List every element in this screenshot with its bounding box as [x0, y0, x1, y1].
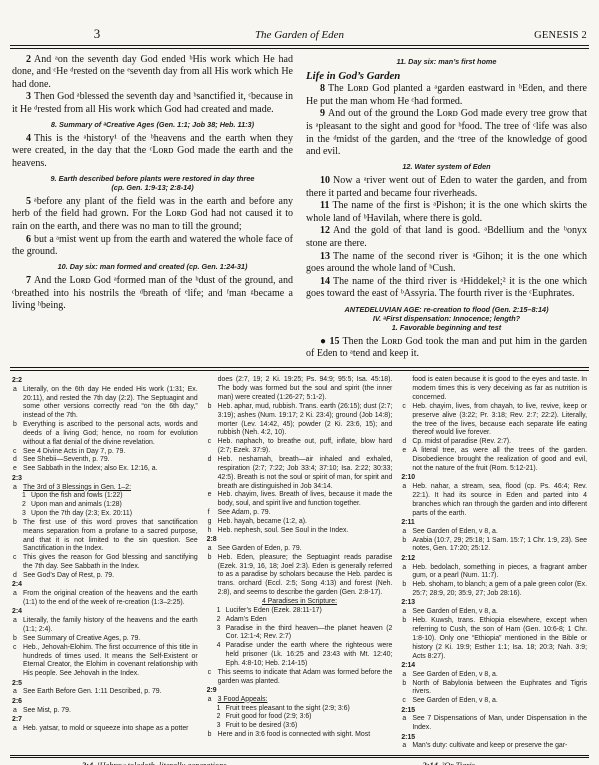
footnote: bHeb. Eden, pleasure; the Septuagint rea…	[207, 554, 393, 598]
footnote-text: Heb. neshamah, breath—air inhaled and ex…	[218, 456, 393, 490]
verse-text: The name of the third river is ᵃHiddekel…	[306, 276, 587, 300]
verse-text: Then God ᵃblessed the seventh day and ᵇs…	[12, 91, 293, 115]
footnote-text: Heb., Jehovah-Elohim. The first occurren…	[23, 644, 198, 678]
footnote-text: This seems to indicate that Adam was for…	[218, 669, 393, 685]
footnote-text: Here and in 3:6 food is connected with s…	[218, 731, 370, 738]
footnote-text: Heb. yatsar, to mold or squeeze into sha…	[23, 725, 188, 732]
subitem-number: 1	[217, 607, 221, 616]
outline-heading: ANTEDELUVIAN AGE: re-creation to flood (…	[306, 305, 587, 333]
verse: ● 15Then the Lᴏʀᴅ God took the man and p…	[306, 336, 587, 361]
footnote-list-heading: 4 Paradises in Scripture:	[207, 598, 393, 607]
footnote: dCp. midst of paradise (Rev. 2:7).	[401, 438, 587, 447]
footnote-letter: h	[208, 527, 212, 536]
footnote: gHeb. hayah, became (1:2, a).	[207, 518, 393, 527]
footnote: aLiterally, on the 6th day He ended His …	[12, 386, 198, 421]
footnote: aLiterally, the family history of the he…	[12, 617, 198, 635]
footnote-letter: a	[402, 564, 406, 573]
footnote-letter: b	[208, 403, 212, 412]
subitem-text: Lucifer’s Eden (Ezek. 28:11-17)	[226, 607, 322, 614]
footnote-letter: a	[402, 742, 406, 751]
footnote-text: Man’s duty: cultivate and keep or preser…	[412, 742, 567, 749]
verse-text: And ᵃon the seventh day God ended ᵇHis w…	[12, 54, 293, 90]
footnote-letter: b	[402, 680, 406, 689]
footnote: bSee Summary of Creative Ages, p. 79.	[12, 635, 198, 644]
footnote-text: See Sabbath in the Index; also Ex. 12:16…	[23, 465, 157, 472]
footnote: eA literal tree, as were all the trees o…	[401, 447, 587, 474]
footnote-continuation: does (2:7, 19; 2 Ki. 19:25; Ps. 94:9; 95…	[207, 376, 393, 403]
footnote: aFrom the original creation of the heave…	[12, 590, 198, 608]
footnote-ref: 2:8	[207, 536, 393, 545]
subitem-text: Paradise under the earth where the right…	[226, 642, 393, 667]
footnote-letter: g	[208, 518, 212, 527]
scripture-right-column: 11. Day six: man’s first home Life in Go…	[306, 54, 587, 361]
footnote: bHere and in 3:6 food is connected with …	[207, 731, 393, 740]
footnote-text: See 4 Divine Acts in Day 7, p. 79.	[23, 448, 125, 455]
footnote: aHeb. yatsar, to mold or squeeze into sh…	[12, 725, 198, 734]
footnote-letter: c	[208, 438, 211, 447]
verse: 8The Lᴏʀᴅ God planted a ᵃgarden eastward…	[306, 83, 587, 108]
scripture-footnote-divider	[10, 367, 589, 372]
subitem-number: 3	[22, 510, 26, 519]
footnote-text: Heb. bedolach, something in pieces, a fr…	[412, 564, 587, 580]
verse-text: The name of the second river is ᵃGihon; …	[306, 251, 587, 275]
footnote-letter: a	[13, 590, 17, 599]
footnote-letter: a	[13, 688, 17, 697]
subitem-number: 4	[217, 642, 221, 651]
verse-number: 2	[26, 54, 31, 65]
verse: 3Then God ᵃblessed the seventh day and ᵇ…	[12, 91, 293, 116]
footnote-text: See Shebii—Seventh, p. 79.	[23, 456, 110, 463]
footnote: cHeb. naphach, to breathe out, puff, inf…	[207, 438, 393, 456]
footnote-letter: a	[208, 696, 212, 705]
footnote-letter: a	[13, 617, 17, 626]
footnote: cSee Garden of Eden, v 8, a.	[401, 697, 587, 706]
footnote-text: Cp. midst of paradise (Rev. 2:7).	[412, 438, 511, 445]
verse-number: ● 15	[320, 336, 340, 347]
footnote-text: Heb. chayim, lives. Breath of lives, bec…	[218, 491, 393, 507]
footnote-letter: c	[208, 669, 211, 678]
footnote-text: See Mist, p. 79.	[23, 707, 71, 714]
translation-note-left: 2:4¹Hebrew toledoth, literally generatio…	[82, 761, 229, 765]
footnote-text: Heb. nephesh, soul. See Soul in the Inde…	[218, 527, 349, 534]
verse: 11The name of the first is ᵃPishon; it i…	[306, 200, 587, 225]
footnote-letter: e	[208, 491, 212, 500]
verse-number: 7	[26, 275, 31, 286]
footnote-ref: 2:6	[12, 697, 198, 706]
verse-number: 10	[320, 175, 330, 186]
verse-text: And the gold of that land is good. ᵃBdel…	[306, 225, 587, 249]
footnotes: 2:2 aLiterally, on the 6th day He ended …	[10, 376, 589, 751]
subitem-text: Upon the fish and fowls (1:22)	[31, 492, 123, 499]
footnote-letter: a	[402, 671, 406, 680]
subitem-number: 3	[217, 625, 221, 634]
footnote-letter: a	[402, 528, 406, 537]
footnote-ref: 2:4	[12, 581, 198, 590]
subitem-text: Fruit trees pleasant to the sight (2:9; …	[226, 705, 350, 712]
footnote: aThe 3rd of 3 Blessings in Gen. 1–2:	[12, 484, 198, 493]
verse-text: Now a ᵃriver went out of Eden to water t…	[306, 175, 587, 199]
footnote: fSee Adam, p. 79.	[207, 509, 393, 518]
footnote-ref: 2:11	[401, 518, 587, 527]
translation-note-text: ²Or Tigris.	[442, 761, 477, 765]
footnote: eSee Sabbath in the Index; also Ex. 12:1…	[12, 465, 198, 474]
footnote-column-1: 2:2 aLiterally, on the 6th day He ended …	[12, 376, 198, 751]
footnote-subitem: 2Upon man and animals (1:28)	[12, 501, 198, 510]
verse: 13The name of the second river is ᵃGihon…	[306, 251, 587, 276]
verse-number: 8	[320, 83, 325, 94]
verse-number: 3	[26, 91, 31, 102]
footnote-column-3: food is eaten because it is good to the …	[401, 376, 587, 751]
footnote-text: Heb. chayim, lives, from chayah, to live…	[412, 403, 587, 437]
footnote-text: See Garden of Eden, v 8, a.	[412, 608, 497, 615]
footnote-text: See 7 Dispensations of Man, under Dispen…	[412, 715, 587, 731]
footnote: aSee Garden of Eden, v 8, a.	[401, 608, 587, 617]
subitem-number: 2	[22, 501, 26, 510]
footnote: aSee 7 Dispensations of Man, under Dispe…	[401, 715, 587, 733]
footnote-text: From the original creation of the heaven…	[23, 590, 198, 606]
footnote-ref: 2:14	[401, 661, 587, 670]
scripture-text: 2And ᵃon the seventh day God ended ᵇHis …	[10, 54, 589, 361]
subitem-text: Fruit to be desired (3:6)	[226, 722, 298, 729]
verse-number: 4	[26, 133, 31, 144]
footnote-ref: 2:2	[12, 376, 198, 385]
footnote-subitem: 3Paradise in the third heaven—the planet…	[207, 625, 393, 643]
verse: 5ᵃbefore any plant of the field was in t…	[12, 196, 293, 234]
verse-number: 5	[26, 196, 31, 207]
footnote: aSee Garden of Eden, p. 79.	[207, 545, 393, 554]
footnote-ref: 2:13	[401, 599, 587, 608]
footnote: bArabia (10:7, 29; 25:18; 1 Sam. 15:7; 1…	[401, 537, 587, 555]
footnote-ref: 2:10	[401, 474, 587, 483]
footnote-letter: c	[402, 403, 405, 412]
footnote: dHeb. neshamah, breath—air inhaled and e…	[207, 456, 393, 491]
verse-number: 11	[320, 200, 329, 211]
footnote: eHeb. chayim, lives. Breath of lives, be…	[207, 491, 393, 509]
footnote-ref: 2:15	[401, 733, 587, 742]
footnote-letter: c	[13, 448, 16, 457]
footnote-text: See God’s Day of Rest, p. 79.	[23, 572, 114, 579]
verse-number: 13	[320, 251, 330, 262]
footnote-letter: c	[402, 697, 405, 706]
verse: 9And out of the ground the Lᴏʀᴅ God made…	[306, 108, 587, 158]
footnote-text: Literally, on the 6th day He ended His w…	[23, 386, 198, 420]
footnote: aSee Mist, p. 79.	[12, 707, 198, 716]
verse-text: The name of the first is ᵃPishon; it is …	[306, 200, 587, 224]
footnote-subitem: 2Fruit good for food (2:9; 3:6)	[207, 713, 393, 722]
header-rule	[10, 45, 589, 49]
footnote-text: Heb. Eden, pleasure; the Septuagint read…	[218, 554, 393, 596]
footnote-text: See Garden of Eden, v 8, a.	[412, 528, 497, 535]
verse-number: 6	[26, 234, 31, 245]
footnote: bHeb. shoham, to blanch; a gem of a pale…	[401, 581, 587, 599]
section-title: Life in God’s Garden	[306, 70, 587, 83]
footnote: dSee God’s Day of Rest, p. 79.	[12, 572, 198, 581]
footnote-letter: d	[402, 438, 406, 447]
footnote-ref: 2:7	[12, 715, 198, 724]
footnote-letter: b	[208, 731, 212, 740]
footnote: aMan’s duty: cultivate and keep or prese…	[401, 742, 587, 751]
footnote-letter: a	[13, 484, 17, 493]
footnote-letter: a	[13, 386, 17, 395]
footnote-letter: a	[402, 715, 406, 724]
footnote: aSee Earth Before Gen. 1:11 Described, p…	[12, 688, 198, 697]
footnote-text: Heb. nahar, a stream, sea, flood (cp. Ps…	[412, 483, 587, 517]
footnote: aHeb. nahar, a stream, sea, flood (cp. P…	[401, 483, 587, 518]
footnote-subitem: 3Upon the 7th day (2:3; Ex. 20:11)	[12, 510, 198, 519]
footnote-subitem: 1Upon the fish and fowls (1:22)	[12, 492, 198, 501]
scripture-left-column: 2And ᵃon the seventh day God ended ᵇHis …	[12, 54, 293, 361]
footnote: bThe first use of this word proves that …	[12, 519, 198, 554]
footnote: cSee 4 Divine Acts in Day 7, p. 79.	[12, 448, 198, 457]
outline-heading: 8. Summary of ᵃCreative Ages (Gen. 1:1; …	[12, 120, 293, 129]
translation-note-right: 2:14²Or Tigris.	[423, 761, 477, 765]
footnote-letter: c	[13, 554, 16, 563]
verse-text: The Lᴏʀᴅ God planted a ᵃgarden eastward …	[306, 83, 587, 107]
footnote-letter: b	[402, 537, 406, 546]
footnote-text: This gives the reason for God blessing a…	[23, 554, 198, 570]
verse-text: but a ᵃmist went up from the earth and w…	[12, 234, 293, 258]
footnote: aSee Garden of Eden, v 8, a.	[401, 671, 587, 680]
translation-note-ref: 2:14	[423, 761, 438, 765]
book-chapter-label: GENESIS 2	[417, 30, 587, 41]
footnote-letter: a	[13, 707, 17, 716]
footnote-letter: c	[13, 644, 16, 653]
subitem-number: 1	[22, 492, 26, 501]
subitem-text: Adam’s Eden	[226, 616, 267, 623]
footnote: cThis seems to indicate that Adam was fo…	[207, 669, 393, 687]
verse-text: And the Lᴏʀᴅ God ᵃformed man of the ᵇdus…	[12, 275, 293, 311]
verse: 7And the Lᴏʀᴅ God ᵃformed man of the ᵇdu…	[12, 275, 293, 313]
verse-text: This is the ᵃhistory¹ of the ᵇheavens an…	[12, 133, 293, 169]
footnote: bEverything is ascribed to the personal …	[12, 421, 198, 448]
footnote-letter: e	[402, 447, 406, 456]
footnote-text: North of Babylonia between the Euphrates…	[412, 680, 587, 696]
footnote-text: See Garden of Eden, p. 79.	[218, 545, 302, 552]
translation-note-text: ¹Hebrew toledoth, literally generations.	[97, 761, 228, 765]
footnote-letter: b	[402, 581, 406, 590]
footnote-ref: 2:9	[207, 686, 393, 695]
footnote-text: See Earth Before Gen. 1:11 Described, p.…	[23, 688, 162, 695]
subitem-text: Upon man and animals (1:28)	[31, 501, 122, 508]
footnote-ref: 2:15	[401, 706, 587, 715]
footnote-text: A literal tree, as were all the trees of…	[412, 447, 587, 472]
footnote-text: Heb. aphar, mud, rubbish. Trans. earth (…	[218, 403, 393, 437]
footnote-letter: d	[208, 456, 212, 465]
footnote-letter: d	[13, 456, 17, 465]
footnote-subitem: 4Paradise under the earth where the righ…	[207, 642, 393, 669]
verse: 6but a ᵃmist went up from the earth and …	[12, 234, 293, 259]
verse-number: 9	[320, 108, 325, 119]
footnote: bHeb. Kuwsh, trans. Ethiopia elsewhere, …	[401, 617, 587, 661]
footnote: hHeb. nephesh, soul. See Soul in the Ind…	[207, 527, 393, 536]
page-number: 3	[12, 26, 182, 42]
footnote-subitem: 3Fruit to be desired (3:6)	[207, 722, 393, 731]
subitem-text: Fruit good for food (2:9; 3:6)	[226, 713, 312, 720]
footnote: cHeb. chayim, lives, from chayah, to liv…	[401, 403, 587, 438]
outline-heading: 9. Earth described before plants were re…	[12, 174, 293, 192]
verse: 2And ᵃon the seventh day God ended ᵇHis …	[12, 54, 293, 92]
subitem-number: 1	[217, 705, 221, 714]
footnote-text: See Summary of Creative Ages, p. 79.	[23, 635, 140, 642]
footnote-text: 3 Food Appeals:	[218, 696, 268, 703]
bible-page: 3 The Garden of Eden GENESIS 2 2And ᵃon …	[0, 0, 599, 765]
subitem-text: Upon the 7th day (2:3; Ex. 20:11)	[31, 510, 132, 517]
footnote: a3 Food Appeals:	[207, 696, 393, 705]
footnote-letter: b	[402, 617, 406, 626]
footnote-text: Heb. Kuwsh, trans. Ethiopia elsewhere, e…	[412, 617, 587, 659]
subitem-number: 2	[217, 713, 221, 722]
footnote-ref: 2:12	[401, 554, 587, 563]
verse: 12And the gold of that land is good. ᵃBd…	[306, 225, 587, 250]
footnote-letter: b	[208, 554, 212, 563]
footnote: bNorth of Babylonia between the Euphrate…	[401, 680, 587, 698]
verse-text: And out of the ground the Lᴏʀᴅ God made …	[306, 108, 587, 157]
footnote: bHeb. aphar, mud, rubbish. Trans. earth …	[207, 403, 393, 438]
footnote-letter: a	[402, 608, 406, 617]
footnote-text: Everything is ascribed to the personal a…	[23, 421, 198, 446]
footnote-letter: e	[13, 465, 17, 474]
verse: 10Now a ᵃriver went out of Eden to water…	[306, 175, 587, 200]
footnote: dSee Shebii—Seventh, p. 79.	[12, 456, 198, 465]
translation-note-ref: 2:4	[82, 761, 93, 765]
footnote-text: Arabia (10:7, 29; 25:18; 1 Sam. 15:7; 1 …	[412, 537, 587, 553]
outline-heading: 12. Water system of Eden	[306, 162, 587, 171]
footnote-letter: b	[13, 421, 17, 430]
footnote-letter: b	[13, 519, 17, 528]
footnote-ref: 2:3	[12, 474, 198, 483]
page-header: 3 The Garden of Eden GENESIS 2	[10, 26, 589, 45]
footnote-text: Heb. shoham, to blanch; a gem of a pale …	[412, 581, 587, 597]
footnote-letter: b	[13, 635, 17, 644]
footnote-subitem: 1Lucifer’s Eden (Ezek. 28:11-17)	[207, 607, 393, 616]
footnote-column-2: does (2:7, 19; 2 Ki. 19:25; Ps. 94:9; 95…	[207, 376, 393, 751]
footnote-subitem: 2Adam’s Eden	[207, 616, 393, 625]
footnote-text: See Garden of Eden, v 8, a.	[412, 697, 497, 704]
footnote-text: See Garden of Eden, v 8, a.	[412, 671, 497, 678]
footnote-letter: f	[208, 509, 210, 518]
footnote-text: Heb. naphach, to breathe out, puff, infl…	[218, 438, 393, 454]
footnote: cHeb., Jehovah-Elohim. The first occurre…	[12, 644, 198, 679]
subitem-text: Paradise in the third heaven—the planet …	[226, 625, 393, 641]
verse: 14The name of the third river is ᵃHiddek…	[306, 276, 587, 301]
footnote-ref: 2:4	[12, 608, 198, 617]
footnote-letter: a	[208, 545, 212, 554]
verse: 4This is the ᵃhistory¹ of the ᵇheavens a…	[12, 133, 293, 171]
footnote-letter: d	[13, 572, 17, 581]
subitem-number: 3	[217, 722, 221, 731]
translation-footnotes: 2:4¹Hebrew toledoth, literally generatio…	[10, 758, 589, 765]
footnote-text: Literally, the family history of the hea…	[23, 617, 198, 633]
verse-text: ᵃbefore any plant of the field was in th…	[12, 196, 293, 232]
outline-heading: 11. Day six: man’s first home	[306, 57, 587, 66]
footnote-letter: a	[13, 725, 17, 734]
footnote: aHeb. bedolach, something in pieces, a f…	[401, 564, 587, 582]
verse-number: 14	[320, 276, 330, 287]
verse-number: 12	[320, 225, 330, 236]
footnote-text: The first use of this word proves that s…	[23, 519, 198, 553]
footnote-text: See Adam, p. 79.	[218, 509, 271, 516]
running-title: The Garden of Eden	[182, 29, 417, 41]
footnote-continuation: food is eaten because it is good to the …	[401, 376, 587, 403]
footnote: cThis gives the reason for God blessing …	[12, 554, 198, 572]
footnote-ref: 2:5	[12, 679, 198, 688]
verse-text: Then the Lᴏʀᴅ God took the man and put h…	[306, 336, 587, 360]
footnote-text: The 3rd of 3 Blessings in Gen. 1–2:	[23, 484, 131, 491]
outline-heading: 10. Day six: man formed and created (cp.…	[12, 262, 293, 271]
subitem-number: 2	[217, 616, 221, 625]
footnote: aSee Garden of Eden, v 8, a.	[401, 528, 587, 537]
footnote-subitem: 1Fruit trees pleasant to the sight (2:9;…	[207, 705, 393, 714]
footnote-text: Heb. hayah, became (1:2, a).	[218, 518, 307, 525]
footnote-letter: a	[402, 483, 406, 492]
